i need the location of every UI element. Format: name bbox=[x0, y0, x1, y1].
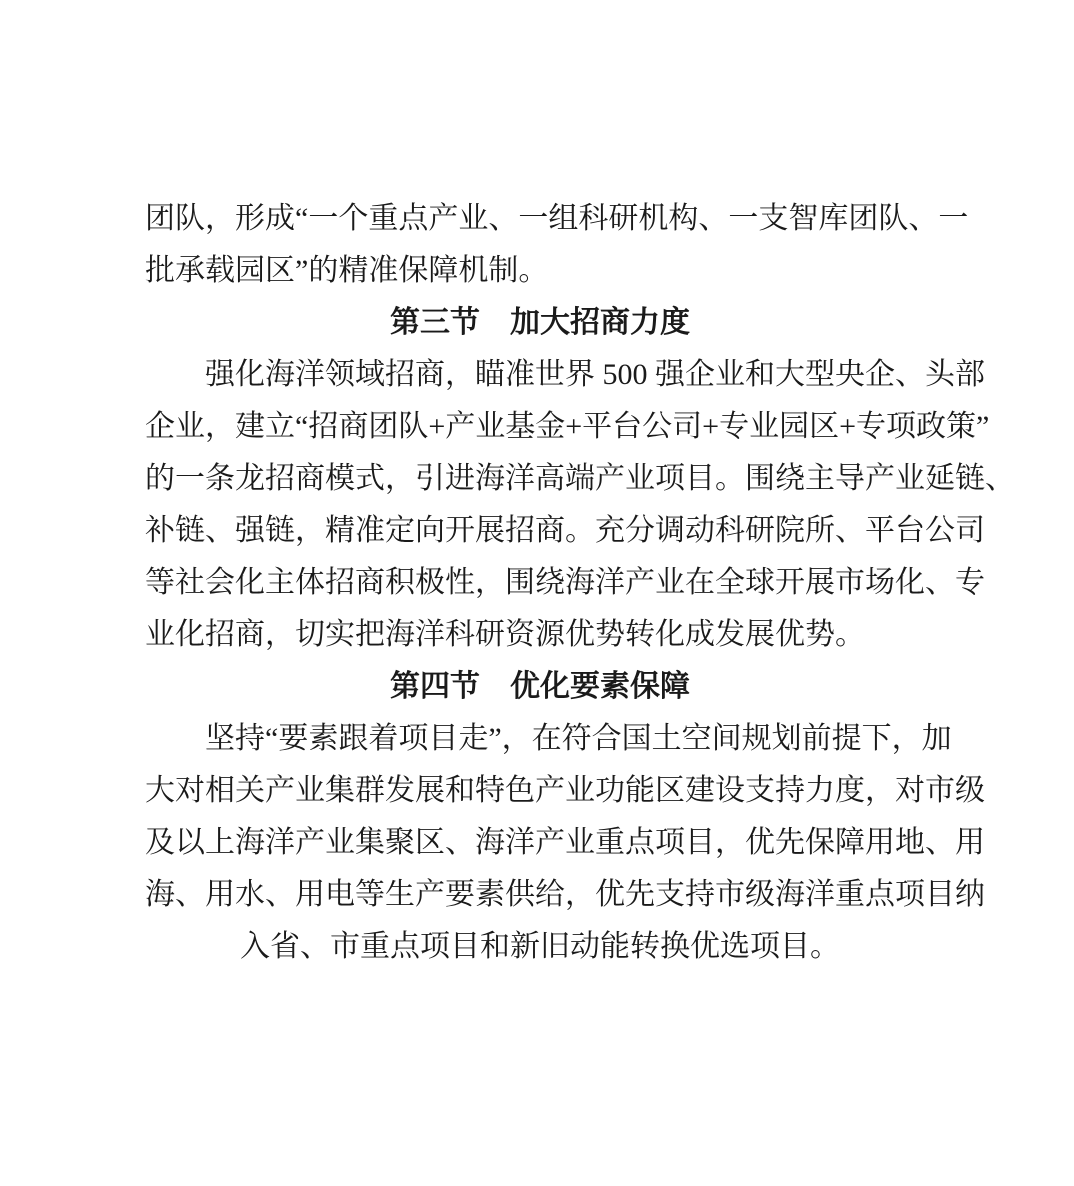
body-line: 坚持“要素跟着项目走”，在符合国土空间规划前提下，加 bbox=[145, 713, 935, 765]
document-page: 团队，形成“一个重点产业、一组科研机构、一支智库团队、一 批承载园区”的精准保障… bbox=[0, 0, 1074, 1186]
body-line: 批承载园区”的精准保障机制。 bbox=[145, 245, 935, 297]
body-line: 大对相关产业集群发展和特色产业功能区建设支持力度，对市级 bbox=[145, 765, 935, 817]
body-line: 团队，形成“一个重点产业、一组科研机构、一支智库团队、一 bbox=[145, 193, 935, 245]
body-line: 及以上海洋产业集聚区、海洋产业重点项目，优先保障用地、用 bbox=[145, 817, 935, 869]
body-line: 补链、强链，精准定向开展招商。充分调动科研院所、平台公司 bbox=[145, 505, 935, 557]
body-line: 海、用水、用电等生产要素供给，优先支持市级海洋重点项目纳 bbox=[145, 869, 935, 921]
section-heading-4: 第四节 优化要素保障 bbox=[145, 661, 935, 713]
body-line: 入省、市重点项目和新旧动能转换优选项目。 bbox=[145, 921, 935, 973]
body-line: 业化招商，切实把海洋科研资源优势转化成发展优势。 bbox=[145, 609, 935, 661]
section-heading-3: 第三节 加大招商力度 bbox=[145, 297, 935, 349]
body-line: 强化海洋领域招商，瞄准世界 500 强企业和大型央企、头部 bbox=[145, 349, 935, 401]
body-line: 等社会化主体招商积极性，围绕海洋产业在全球开展市场化、专 bbox=[145, 557, 935, 609]
body-line: 的一条龙招商模式，引进海洋高端产业项目。围绕主导产业延链、 bbox=[145, 453, 935, 505]
body-line: 企业，建立“招商团队+产业基金+平台公司+专业园区+专项政策” bbox=[145, 401, 935, 453]
document-text-block: 团队，形成“一个重点产业、一组科研机构、一支智库团队、一 批承载园区”的精准保障… bbox=[145, 193, 935, 973]
